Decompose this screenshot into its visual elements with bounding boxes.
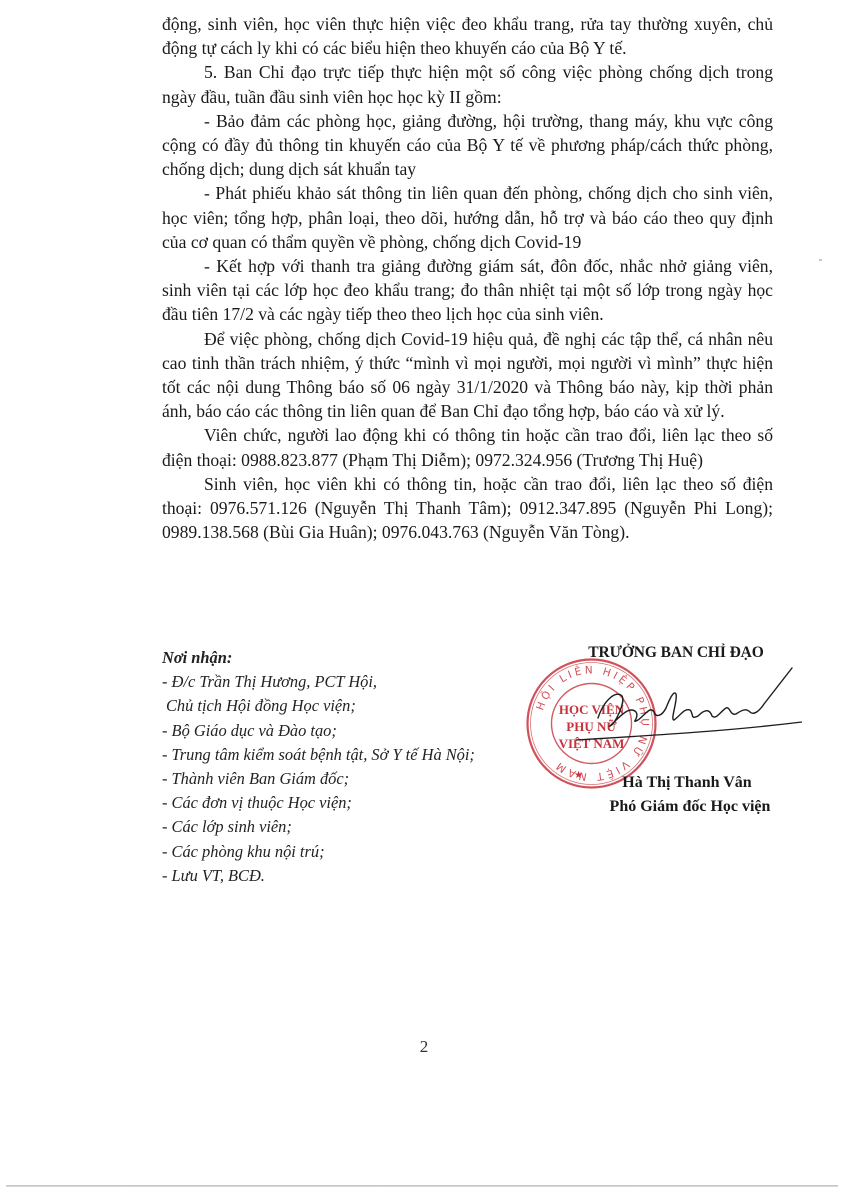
recipients-block: Nơi nhận: - Đ/c Trần Thị Hương, PCT Hội,… [162, 646, 522, 888]
paragraph-bullet-survey: - Phát phiếu khảo sát thông tin liên qua… [162, 181, 773, 254]
paragraph-request: Để việc phòng, chống dịch Covid-19 hiệu … [162, 327, 773, 424]
recipient-item: - Lưu VT, BCĐ. [162, 864, 522, 888]
signer-name: Hà Thị Thanh Vân [602, 774, 772, 792]
paragraph-continuation: động, sinh viên, học viên thực hiện việc… [162, 12, 773, 60]
signer-position: Phó Giám đốc Học viện [590, 798, 790, 816]
page-number: 2 [0, 1037, 848, 1057]
paragraph-bullet-inspection: - Kết hợp với thanh tra giảng đường giám… [162, 254, 773, 327]
recipient-item: - Các đơn vị thuộc Học viện; [162, 791, 522, 815]
body-text: động, sinh viên, học viên thực hiện việc… [162, 12, 773, 544]
paragraph-student-contacts: Sinh viên, học viên khi có thông tin, ho… [162, 472, 773, 545]
paragraph-staff-contacts: Viên chức, người lao động khi có thông t… [162, 423, 773, 471]
signature-block: HỘI LIÊN HIỆP PHỤ NỮ VIỆT NAM HỌC VIỆN P… [530, 644, 800, 834]
scan-speck [819, 259, 822, 261]
recipient-item: Chủ tịch Hội đồng Học viện; [162, 694, 522, 718]
recipient-item: - Trung tâm kiểm soát bệnh tật, Sở Y tế … [162, 743, 522, 767]
page-bottom-edge [6, 1185, 838, 1187]
recipient-item: - Đ/c Trần Thị Hương, PCT Hội, [162, 670, 522, 694]
recipient-item: - Bộ Giáo dục và Đào tạo; [162, 719, 522, 743]
document-page: động, sinh viên, học viên thực hiện việc… [0, 0, 848, 1200]
recipient-item: - Các lớp sinh viên; [162, 815, 522, 839]
handwritten-signature-icon [570, 660, 802, 750]
recipient-item: - Các phòng khu nội trú; [162, 840, 522, 864]
paragraph-bullet-classrooms: - Bảo đảm các phòng học, giảng đường, hộ… [162, 109, 773, 182]
paragraph-item-5: 5. Ban Chỉ đạo trực tiếp thực hiện một s… [162, 60, 773, 108]
recipients-heading: Nơi nhận: [162, 646, 522, 670]
recipient-item: - Thành viên Ban Giám đốc; [162, 767, 522, 791]
svg-text:★: ★ [574, 770, 583, 781]
